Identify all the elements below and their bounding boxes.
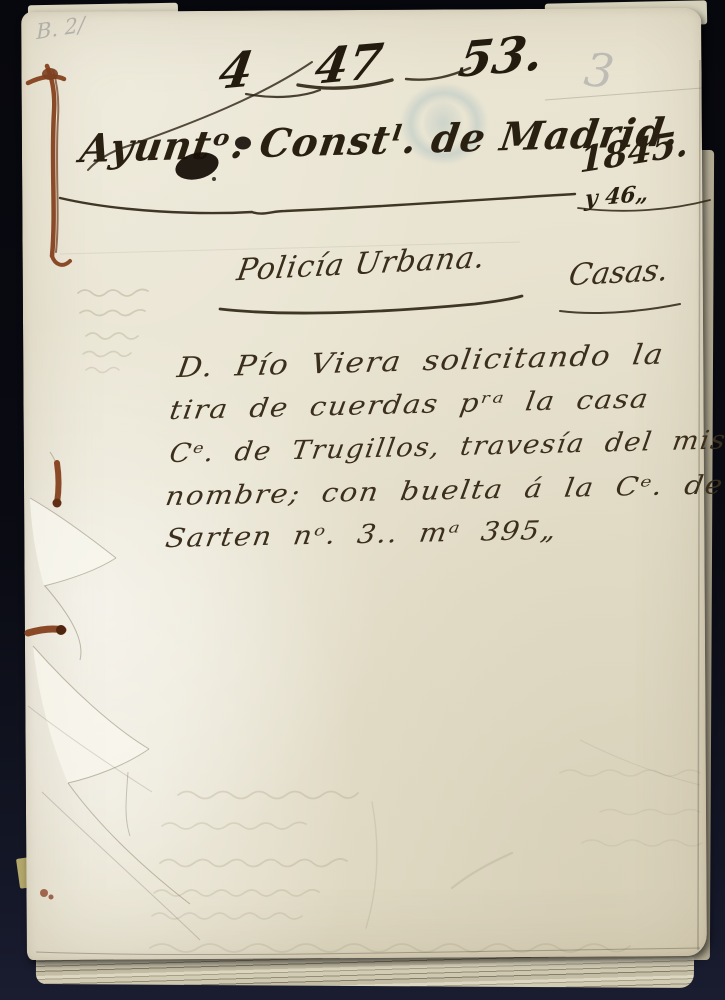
section-title-right: Casas. xyxy=(566,253,671,294)
archive-photo: B. 2/ 3 4 47 53. Ayuntᵒ. Constˡ. de Madr… xyxy=(0,0,725,1000)
folio-number: 47 xyxy=(311,33,387,96)
folio-number: 53. xyxy=(455,25,547,89)
